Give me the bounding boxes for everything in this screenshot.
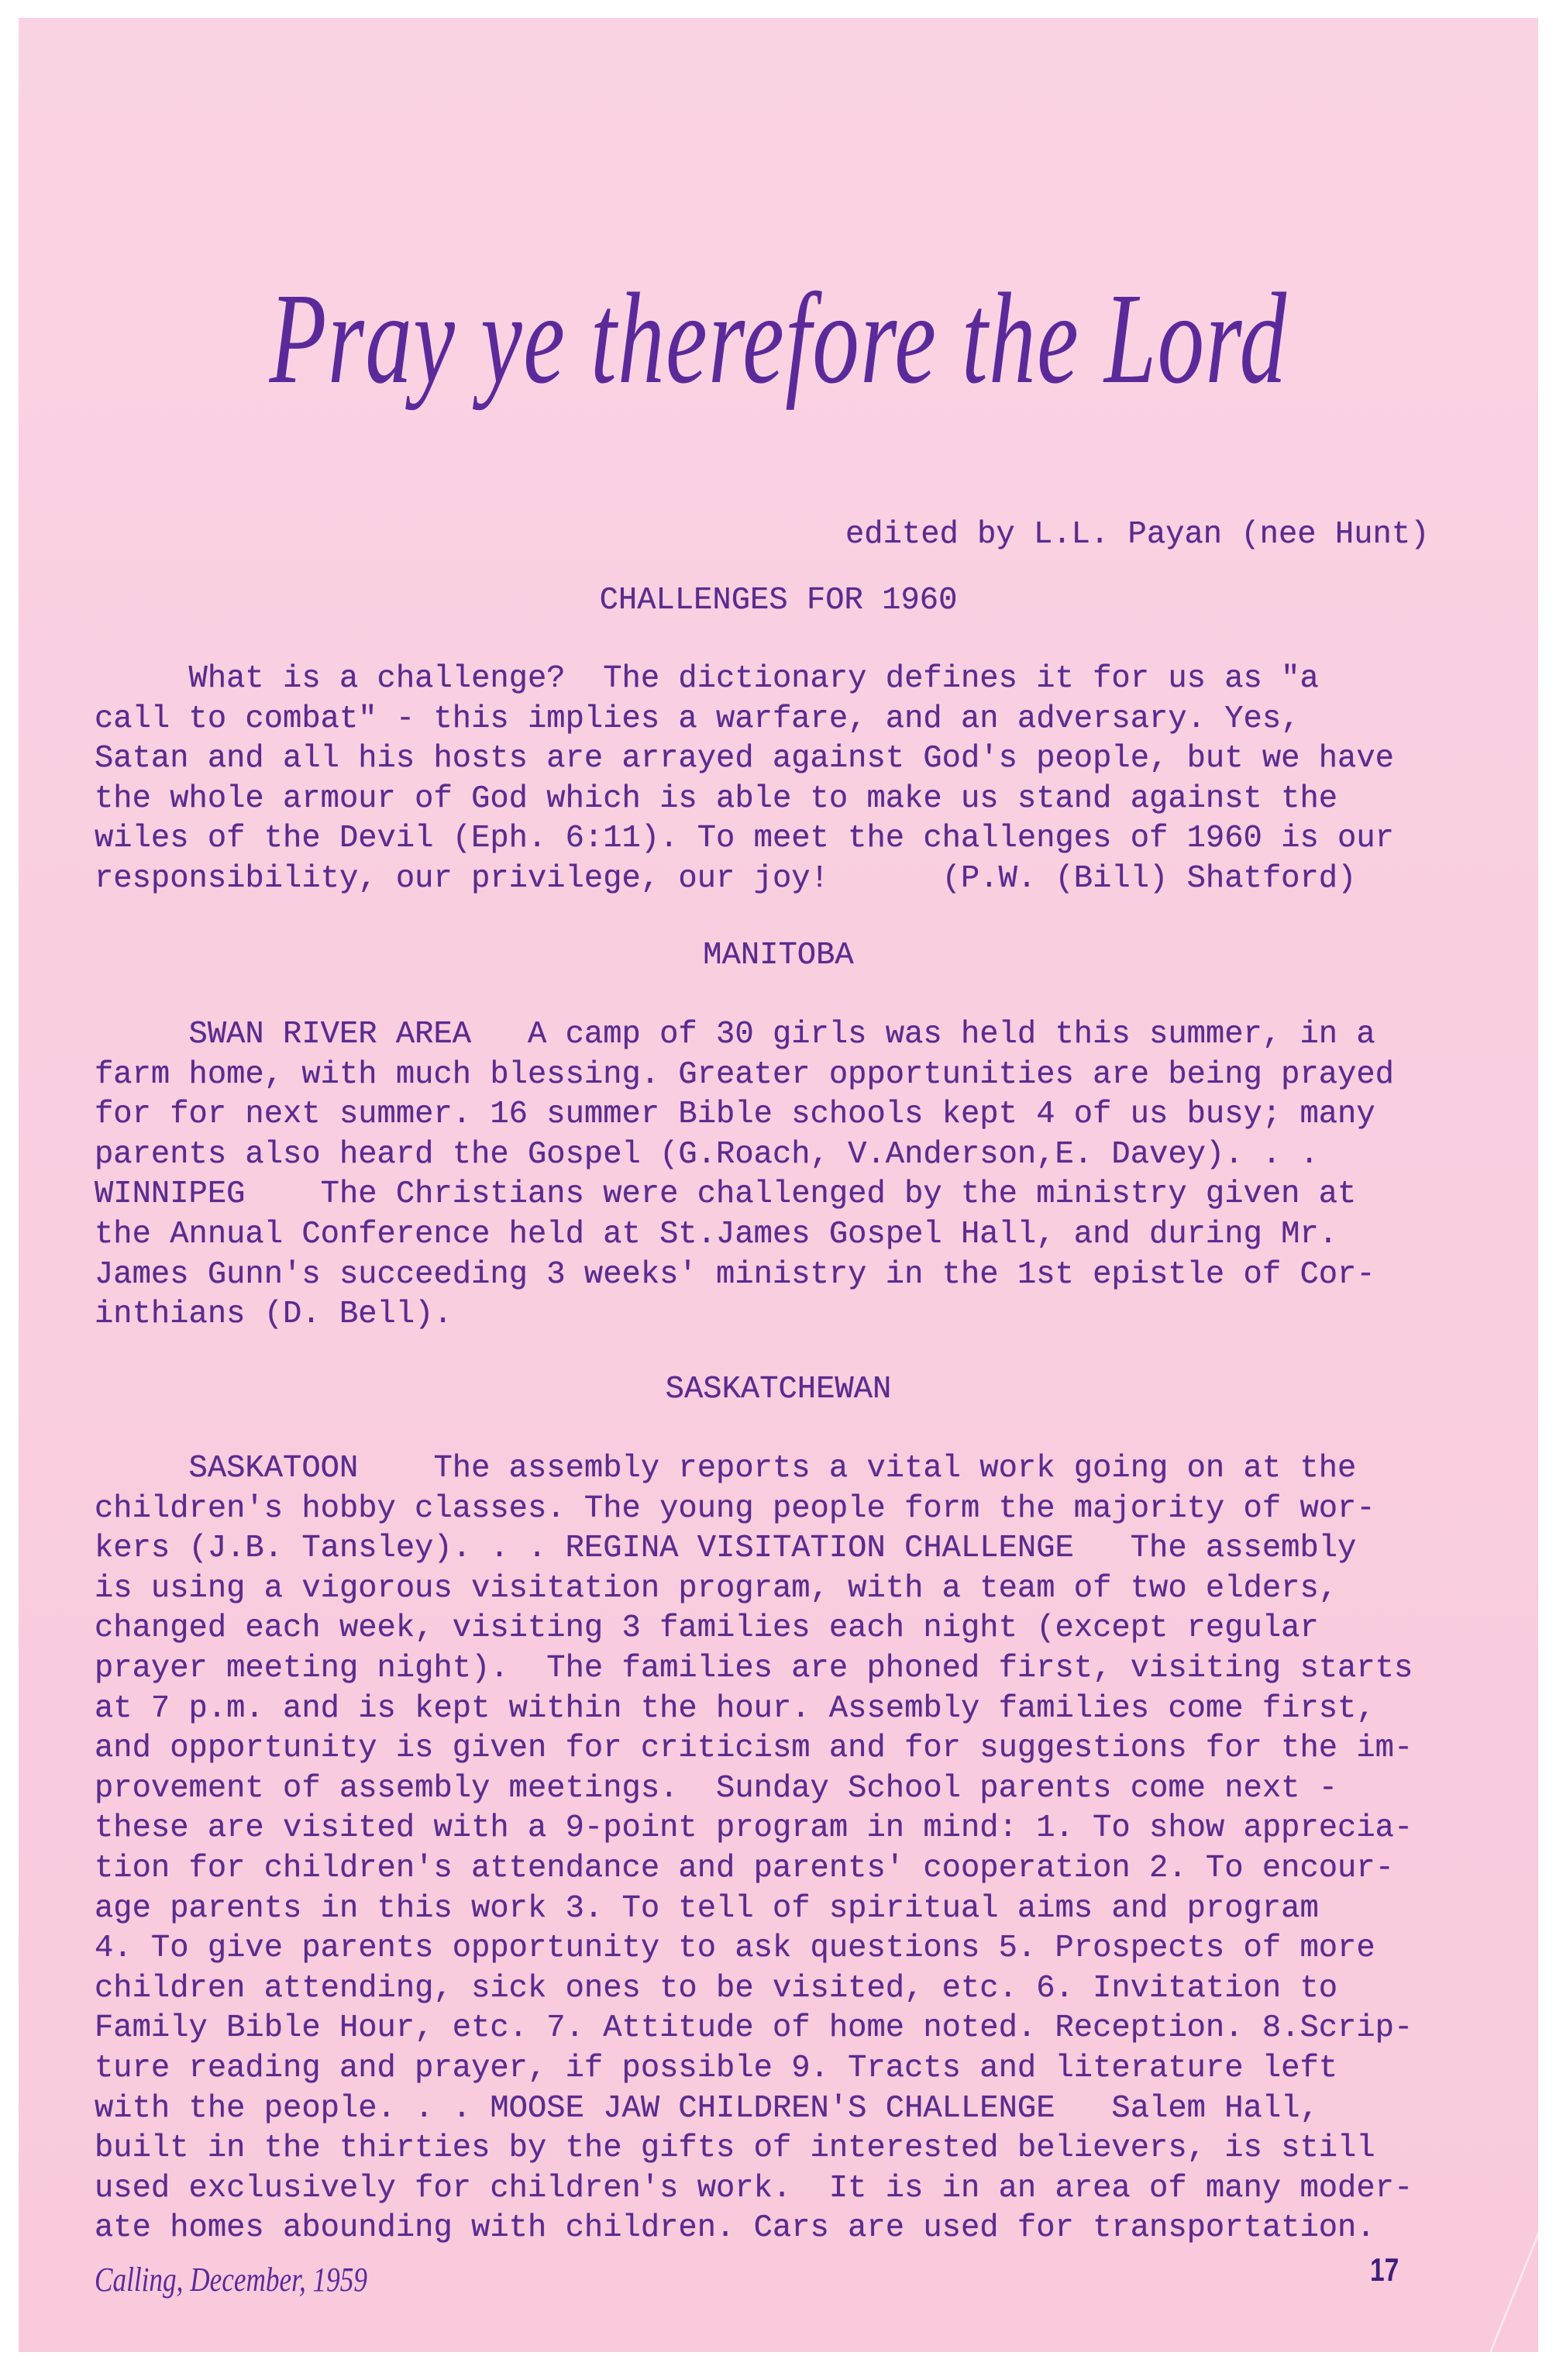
text-line: used exclusively for children's work. It… [95, 2169, 1413, 2210]
section-body-challenges: What is a challenge? The dictionary defi… [95, 660, 1394, 900]
text-line: for for next summer. 16 summer Bible sch… [95, 1095, 1394, 1135]
text-line: SWAN RIVER AREA A camp of 30 girls was h… [95, 1015, 1394, 1056]
text-line: the Annual Conference held at St.James G… [95, 1215, 1394, 1255]
text-line: at 7 p.m. and is kept within the hour. A… [95, 1689, 1413, 1730]
text-line: inthians (D. Bell). [95, 1295, 1394, 1335]
text-line: ture reading and prayer, if possible 9. … [95, 2049, 1413, 2089]
text-line: prayer meeting night). The families are … [95, 1649, 1413, 1689]
text-line: parents also heard the Gospel (G.Roach, … [95, 1135, 1394, 1176]
text-line: WINNIPEG The Christians were challenged … [95, 1175, 1394, 1215]
text-line: ate homes abounding with children. Cars … [95, 2209, 1413, 2249]
text-line: age parents in this work 3. To tell of s… [95, 1889, 1413, 1930]
text-line: kers (J.B. Tansley). . . REGINA VISITATI… [95, 1529, 1413, 1569]
text-line: the whole armour of God which is able to… [95, 780, 1394, 820]
text-line: Satan and all his hosts are arrayed agai… [95, 739, 1394, 780]
text-line: wiles of the Devil (Eph. 6:11). To meet … [95, 819, 1394, 859]
text-line: built in the thirties by the gifts of in… [95, 2129, 1413, 2169]
byline: edited by L.L. Payan (nee Hunt) [845, 515, 1429, 556]
text-line: SASKATOON The assembly reports a vital w… [95, 1449, 1413, 1490]
text-line: responsibility, our privilege, our joy! … [95, 859, 1394, 900]
text-line: changed each week, visiting 3 families e… [95, 1609, 1413, 1649]
section-body-saskatchewan: SASKATOON The assembly reports a vital w… [95, 1449, 1413, 2249]
text-line: call to combat" - this implies a warfare… [95, 700, 1394, 740]
text-line: these are visited with a 9-point program… [95, 1809, 1413, 1849]
section-heading-challenges: CHALLENGES FOR 1960 [19, 581, 1538, 622]
section-body-manitoba: SWAN RIVER AREA A camp of 30 girls was h… [95, 1015, 1394, 1335]
text-line: tion for children's attendance and paren… [95, 1849, 1413, 1889]
text-line: provement of assembly meetings. Sunday S… [95, 1769, 1413, 1810]
section-heading-manitoba: MANITOBA [19, 936, 1538, 976]
text-line: children's hobby classes. The young peop… [95, 1490, 1413, 1530]
text-line: with the people. . . MOOSE JAW CHILDREN'… [95, 2089, 1413, 2130]
text-line: 4. To give parents opportunity to ask qu… [95, 1929, 1413, 1969]
text-line: Family Bible Hour, etc. 7. Attitude of h… [95, 2009, 1413, 2049]
text-line: farm home, with much blessing. Greater o… [95, 1056, 1394, 1096]
text-line: is using a vigorous visitation program, … [95, 1569, 1413, 1610]
text-line: James Gunn's succeeding 3 weeks' ministr… [95, 1255, 1394, 1296]
publication-footer: Calling, December, 1959 [95, 2260, 367, 2299]
text-line: What is a challenge? The dictionary defi… [95, 660, 1394, 700]
section-heading-saskatchewan: SASKATCHEWAN [19, 1370, 1538, 1410]
page-number: 17 [1370, 2251, 1399, 2289]
magazine-page: Pray ye therefore the Lord edited by L.L… [19, 18, 1538, 2352]
text-line: and opportunity is given for criticism a… [95, 1729, 1413, 1769]
text-line: children attending, sick ones to be visi… [95, 1969, 1413, 2010]
page-title: Pray ye therefore the Lord [232, 274, 1326, 404]
